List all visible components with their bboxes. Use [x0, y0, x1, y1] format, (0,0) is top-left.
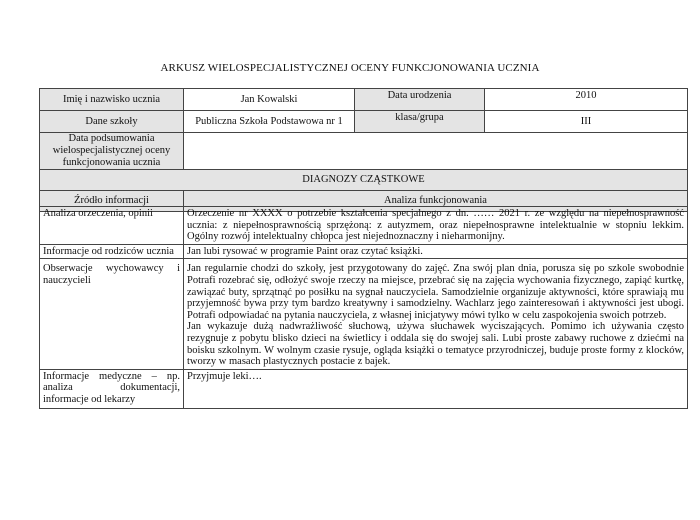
observation-paragraph: Jan regularnie chodzi do szkoły, jest pr… [187, 263, 684, 321]
school-value: Publiczna Szkoła Podstawowa nr 1 [184, 111, 355, 133]
student-name-label: Imię i nazwisko ucznia [40, 89, 184, 111]
summary-date-row: Data podsumowania wielospecjalistycznej … [40, 133, 688, 170]
summary-date-value [184, 133, 688, 170]
class-label: klasa/grupa [355, 111, 485, 133]
student-name-value: Jan Kowalski [184, 89, 355, 111]
table-row: Informacje medyczne – np. analiza dokume… [40, 369, 688, 408]
row-source: Analiza orzeczenia, opinii [40, 207, 184, 245]
student-info-table: Imię i nazwisko ucznia Jan Kowalski Data… [39, 88, 688, 212]
row-source: Obserwacje wychowawcy i nauczycieli [40, 259, 184, 369]
birth-date-value: 2010 [485, 89, 688, 111]
row-analysis: Orzeczenie nr XXXX o potrzebie kształcen… [184, 207, 688, 245]
section-title-row: DIAGNOZY CZĄSTKOWE [40, 170, 688, 191]
table-row: Informacje od rodziców ucznia Jan lubi r… [40, 244, 688, 259]
table-row: Obserwacje wychowawcy i nauczycieli Jan … [40, 259, 688, 369]
school-label: Dane szkoły [40, 111, 184, 133]
row-source: Informacje medyczne – np. analiza dokume… [40, 369, 184, 408]
table-row: Analiza orzeczenia, opinii Orzeczenie nr… [40, 207, 688, 245]
class-value: III [485, 111, 688, 133]
student-name-row: Imię i nazwisko ucznia Jan Kowalski Data… [40, 89, 688, 111]
row-analysis: Przyjmuje leki…. [184, 369, 688, 408]
section-title: DIAGNOZY CZĄSTKOWE [40, 170, 688, 191]
row-source: Informacje od rodziców ucznia [40, 244, 184, 259]
document-title: ARKUSZ WIELOSPECJALISTYCZNEJ OCENY FUNKC… [0, 62, 700, 74]
summary-date-label: Data podsumowania wielospecjalistycznej … [40, 133, 184, 170]
row-analysis: Jan lubi rysować w programie Paint oraz … [184, 244, 688, 259]
row-analysis: Jan regularnie chodzi do szkoły, jest pr… [184, 259, 688, 369]
school-row: Dane szkoły Publiczna Szkoła Podstawowa … [40, 111, 688, 133]
birth-date-label: Data urodzenia [355, 89, 485, 111]
partial-diagnoses-table: Analiza orzeczenia, opinii Orzeczenie nr… [39, 206, 688, 409]
observation-paragraph: Jan wykazuje dużą nadwrażliwość słuchową… [187, 321, 684, 367]
